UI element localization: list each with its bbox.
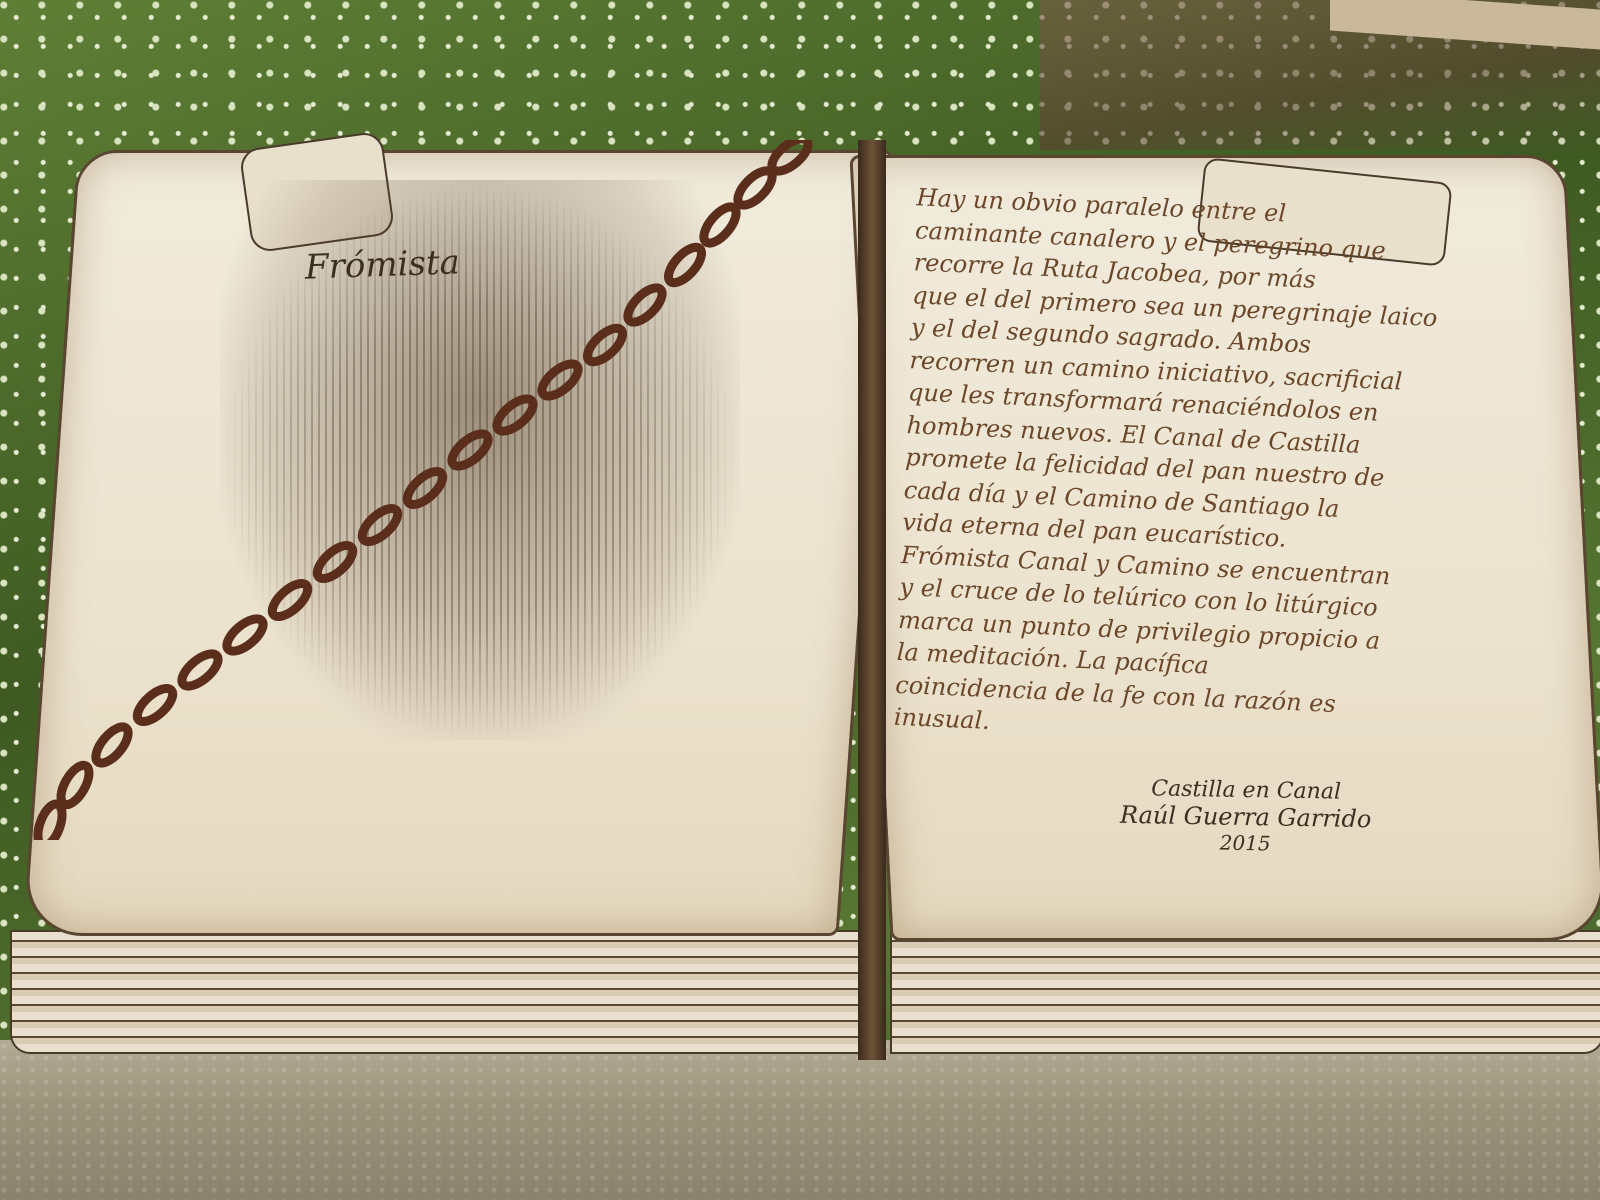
year: 2015: [1119, 829, 1371, 857]
page-stack-right: [890, 930, 1600, 1054]
right-page-text: Hay un obvio paralelo entre el caminante…: [893, 181, 1556, 761]
rusty-chain: [20, 140, 820, 840]
book-spine: [858, 140, 886, 1060]
author-name: Raúl Guerra Garrido: [1120, 801, 1372, 833]
stone-pedestal: [0, 1040, 1600, 1200]
signature-block: Castilla en Canal Raúl Guerra Garrido 20…: [1119, 776, 1372, 857]
page-stack-left: [10, 930, 864, 1054]
